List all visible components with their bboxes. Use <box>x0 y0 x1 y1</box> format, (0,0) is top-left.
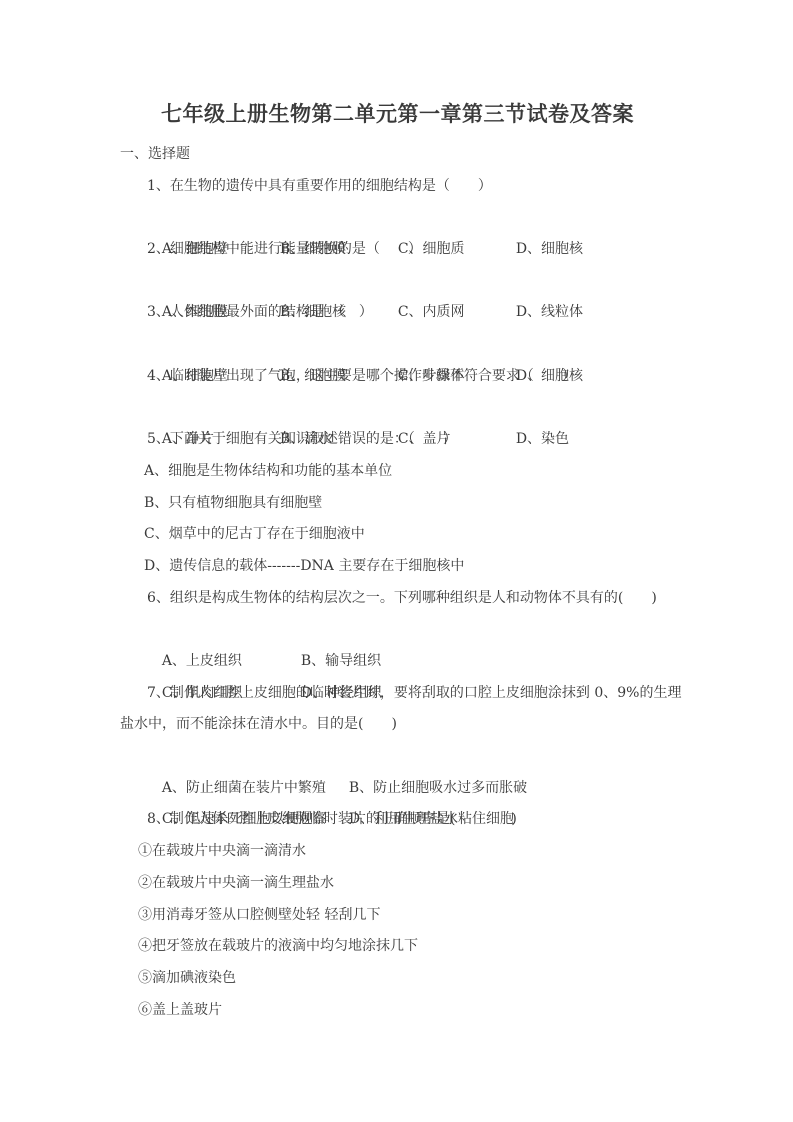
question-1-stem: 1、在生物的遗传中具有重要作用的细胞结构是（ ） <box>120 171 675 203</box>
question-8-step-6: ⑥盖上盖玻片 <box>120 995 675 1027</box>
question-7-options-row-1: A、防止细菌在装片中繁殖B、防止细胞吸水过多而胀破 <box>120 741 675 773</box>
section-heading: 一、选择题 <box>120 139 675 171</box>
question-6-options-row-1: A、上皮组织B、输导组织 <box>120 614 675 646</box>
question-4-stem: 4、临时装片出现了气泡，这主要是哪个操作步骤不符合要求（ ） <box>120 361 675 393</box>
question-7-option-b: B、防止细胞吸水过多而胀破 <box>349 773 527 805</box>
question-6-stem: 6、组织是构成生物体的结构层次之一。下列哪种组织是人和动物体不具有的( ) <box>120 583 675 615</box>
question-5-option-b: B、只有植物细胞具有细胞壁 <box>120 488 675 520</box>
question-7-stem-line-2: 盐水中，而不能涂抹在清水中。目的是( ) <box>120 709 675 741</box>
question-7-stem-line-1: 7、制作人口腔上皮细胞的临时装片时，要将刮取的口腔上皮细胞涂抹到 0、9%的生理 <box>120 678 675 710</box>
question-3-options: A、细胞壁B、细胞膜C、叶绿体D、细胞核 <box>120 329 675 361</box>
question-5-option-a: A、细胞是生物体结构和功能的基本单位 <box>120 456 675 488</box>
question-8-step-4: ④把牙签放在载玻片的液滴中均匀地涂抹几下 <box>120 931 675 963</box>
question-2-option-d: D、线粒体 <box>516 297 583 329</box>
question-5-option-d: D、遗传信息的载体-------DNA 主要存在于细胞核中 <box>120 551 675 583</box>
question-6-option-b: B、输导组织 <box>301 646 381 678</box>
question-8-step-1: ①在载玻片中央滴一滴清水 <box>120 836 675 868</box>
question-5-option-c: C、烟草中的尼古丁存在于细胞液中 <box>120 519 675 551</box>
question-6-option-a: A、上皮组织 <box>162 646 301 678</box>
question-1-option-d: D、细胞核 <box>516 234 583 266</box>
question-8-stem: 8、制作人体口腔上皮细胞临时装片的正确顺序是( ) <box>120 804 675 836</box>
question-2-option-c: C、内质网 <box>398 297 516 329</box>
document-page: 七年级上册生物第二单元第一章第三节试卷及答案 一、选择题 1、在生物的遗传中具有… <box>0 0 793 1122</box>
question-5-stem: 5、下面关于细胞有关知识叙述错误的是：（ ） <box>120 424 675 456</box>
question-8-step-2: ②在载玻片中央滴一滴生理盐水 <box>120 868 675 900</box>
question-1-options: A、细胞壁B、细胞膜C、细胞质D、细胞核 <box>120 202 675 234</box>
page-title: 七年级上册生物第二单元第一章第三节试卷及答案 <box>120 97 675 131</box>
question-8-step-3: ③用消毒牙签从口腔侧壁处轻 轻刮几下 <box>120 900 675 932</box>
question-4-option-d: D、染色 <box>516 424 569 456</box>
question-4-options: A、净片B、滴水C、盖片D、染色 <box>120 393 675 425</box>
question-7-option-a: A、防止细菌在装片中繁殖 <box>162 773 349 805</box>
question-2-stem: 2、细胞结构中能进行能量转换的是（ ） <box>120 234 675 266</box>
question-8-step-5: ⑤滴加碘液染色 <box>120 963 675 995</box>
question-2-options: A、细胞膜B、细胞核C、内质网D、线粒体 <box>120 266 675 298</box>
